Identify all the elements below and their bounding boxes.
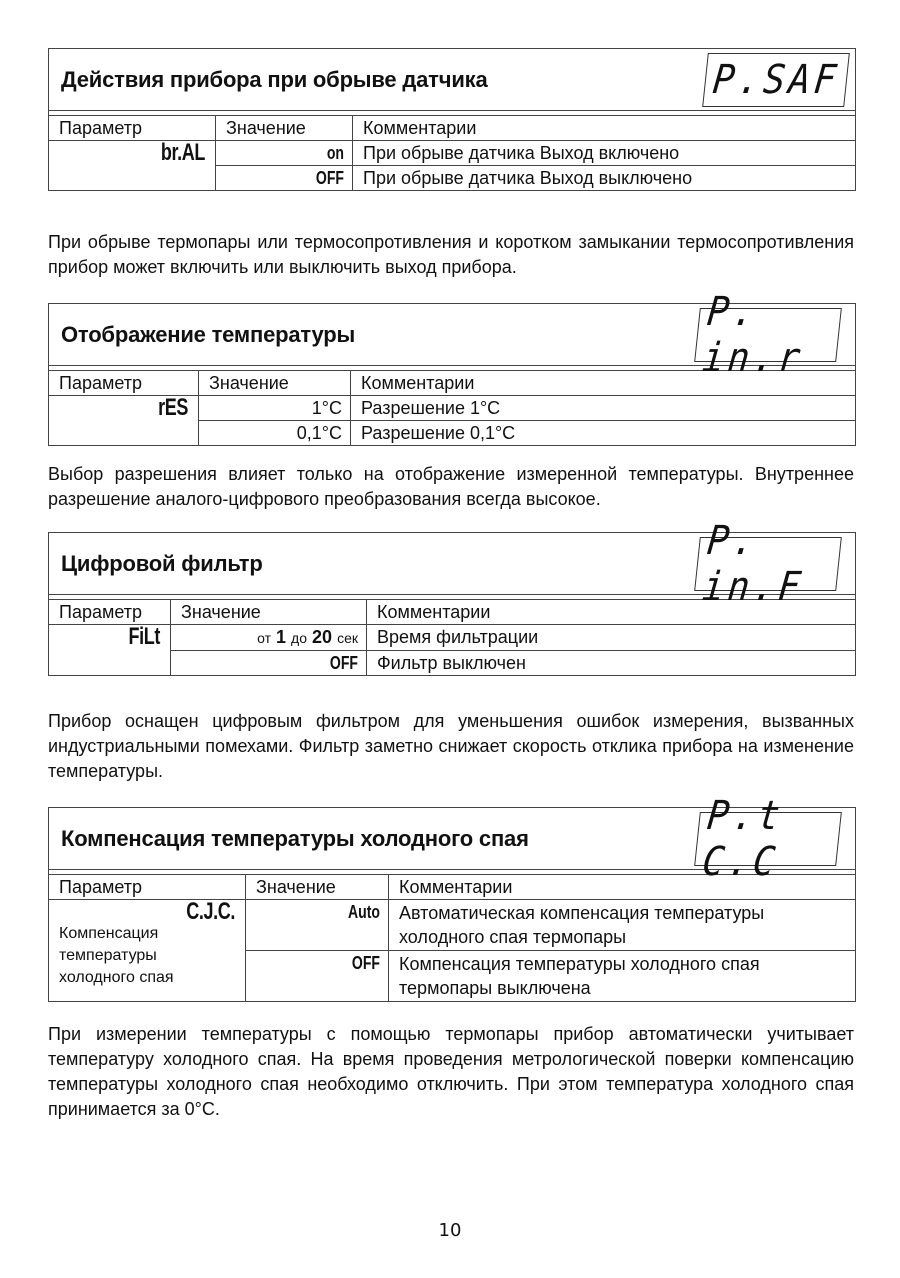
section-title: Отображение температуры bbox=[61, 322, 355, 348]
table-row: FiLt от 1 до 20 сек Время фильтрации bbox=[49, 625, 856, 651]
comment: Разрешение 0,1°C bbox=[351, 421, 856, 446]
value-code: Auto bbox=[348, 901, 380, 923]
value-code: OFF bbox=[330, 652, 358, 674]
comment: Фильтр выключен bbox=[367, 651, 856, 676]
paragraph: Выбор разрешения влияет только на отобра… bbox=[48, 462, 854, 512]
table-row: C.J.C. Компенсация температуры холодного… bbox=[49, 900, 856, 951]
value-code: OFF bbox=[316, 167, 344, 189]
section-sensor-break: Действия прибора при обрыве датчика P.SA… bbox=[48, 48, 856, 191]
header-value: Значение bbox=[199, 371, 351, 396]
paragraph: При обрыве термопары или термосопротивле… bbox=[48, 230, 854, 280]
header-parameter: Параметр bbox=[49, 875, 246, 900]
paragraph: При измерении температуры с помощью терм… bbox=[48, 1022, 854, 1122]
comment: Время фильтрации bbox=[367, 625, 856, 651]
table-row: OFF Фильтр выключен bbox=[49, 651, 856, 676]
lcd-display-code: P.t C.C bbox=[694, 812, 842, 866]
value-code: OFF bbox=[352, 952, 380, 974]
parameter-table: Параметр Значение Комментарии rES 1°C Ра… bbox=[48, 370, 856, 446]
comment: Компенсация температуры холодного спая т… bbox=[389, 951, 856, 1002]
paragraph: Прибор оснащен цифровым фильтром для уме… bbox=[48, 709, 854, 784]
header-parameter: Параметр bbox=[49, 371, 199, 396]
table-row: rES 1°C Разрешение 1°C bbox=[49, 396, 856, 421]
header-value: Значение bbox=[171, 600, 367, 625]
page-number: 10 bbox=[0, 1220, 900, 1241]
comment: Автоматическая компенсация температуры х… bbox=[389, 900, 856, 951]
comment: При обрыве датчика Выход выключено bbox=[353, 166, 856, 191]
header-comment: Комментарии bbox=[353, 116, 856, 141]
section-header: Действия прибора при обрыве датчика P.SA… bbox=[48, 48, 856, 110]
section-header: Отображение температуры P. in.r bbox=[48, 303, 856, 365]
parameter-description: Компенсация температуры холодного спая bbox=[59, 923, 209, 989]
value: 0,1°C bbox=[199, 421, 351, 446]
parameter-code: rES bbox=[91, 397, 188, 419]
section-digital-filter: Цифровой фильтр P. in.F Параметр Значени… bbox=[48, 532, 856, 676]
section-header: Цифровой фильтр P. in.F bbox=[48, 532, 856, 594]
parameter-table: Параметр Значение Комментарии FiLt от 1 … bbox=[48, 599, 856, 676]
value-code: on bbox=[327, 142, 344, 164]
lcd-display-code: P.SAF bbox=[702, 53, 850, 107]
table-header-row: Параметр Значение Комментарии bbox=[49, 116, 856, 141]
section-title: Компенсация температуры холодного спая bbox=[61, 826, 529, 852]
header-parameter: Параметр bbox=[49, 116, 216, 141]
section-temperature-display: Отображение температуры P. in.r Параметр… bbox=[48, 303, 856, 446]
section-cold-junction: Компенсация температуры холодного спая P… bbox=[48, 807, 856, 1002]
section-title: Действия прибора при обрыве датчика bbox=[61, 67, 488, 93]
lcd-display-code: P. in.r bbox=[694, 308, 842, 362]
section-title: Цифровой фильтр bbox=[61, 551, 263, 577]
parameter-table: Параметр Значение Комментарии br.AL on П… bbox=[48, 115, 856, 191]
header-value: Значение bbox=[216, 116, 353, 141]
parameter-code: FiLt bbox=[84, 626, 160, 648]
section-header: Компенсация температуры холодного спая P… bbox=[48, 807, 856, 869]
value-range: от 1 до 20 сек bbox=[171, 625, 367, 651]
parameter-code: C.J.C. bbox=[103, 901, 235, 923]
comment: При обрыве датчика Выход включено bbox=[353, 141, 856, 166]
header-parameter: Параметр bbox=[49, 600, 171, 625]
comment: Разрешение 1°C bbox=[351, 396, 856, 421]
header-value: Значение bbox=[246, 875, 389, 900]
table-row: br.AL on При обрыве датчика Выход включе… bbox=[49, 141, 856, 166]
parameter-table: Параметр Значение Комментарии C.J.C. Ком… bbox=[48, 874, 856, 1002]
value: 1°C bbox=[199, 396, 351, 421]
lcd-display-code: P. in.F bbox=[694, 537, 842, 591]
parameter-code: br.AL bbox=[96, 142, 206, 164]
